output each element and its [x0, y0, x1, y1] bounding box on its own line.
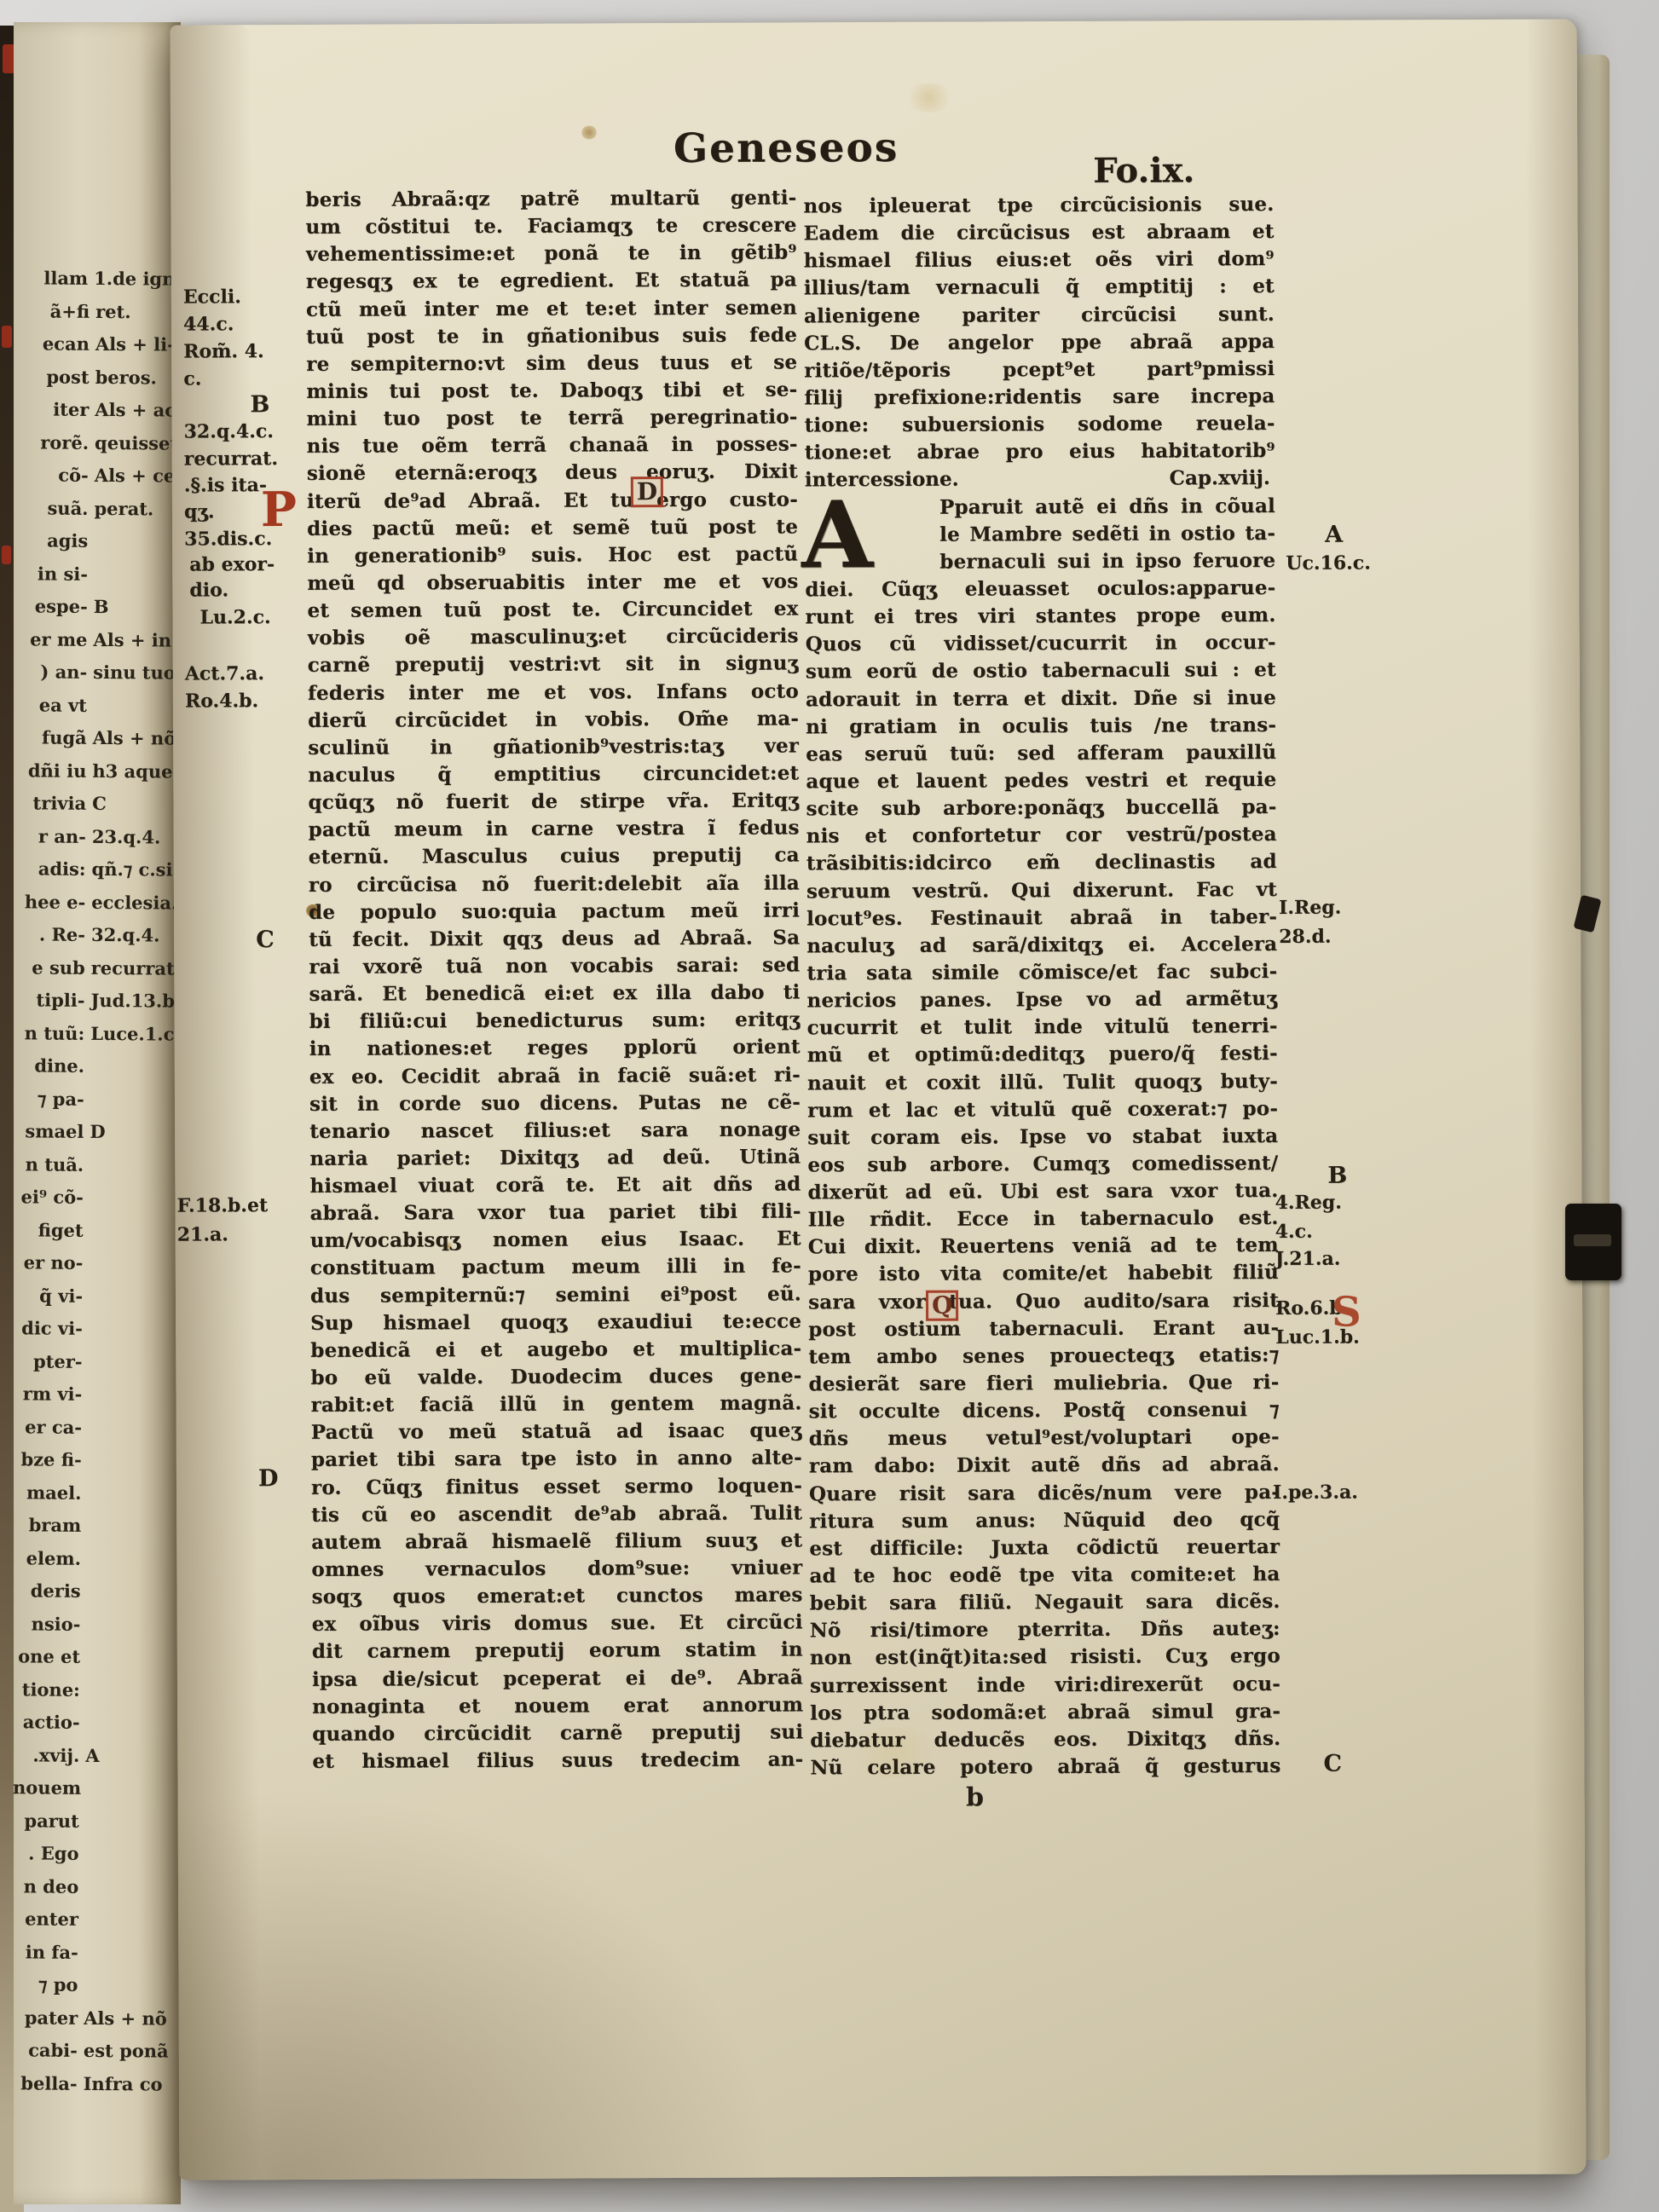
paper-stain — [904, 84, 955, 113]
fragment-text: ecan — [23, 332, 95, 355]
fragment-text: e sub — [19, 956, 91, 979]
text-line: quando circũcidit carnẽ preputij sui — [312, 1718, 803, 1748]
fragment-row: in fa- — [12, 1941, 176, 1975]
text-line: ritura sum anus: Nũquid deo qcq̃ — [809, 1506, 1280, 1536]
fragment-citation: Als + nõ — [84, 2007, 175, 2029]
fragment-text: mael. — [14, 1481, 87, 1504]
text-line: vobis oẽ masculinuʒ:et circũcideris — [308, 623, 799, 653]
margin-note: Uc.16.c. — [1286, 552, 1371, 574]
fragment-citation: sinu tuo — [93, 661, 184, 684]
fragment-citation: h3 aque. — [92, 759, 183, 782]
text-line: Quos cũ vidisset/cucurrit in occur- — [806, 629, 1276, 659]
text-line: re sempiterno:vt sim deus tuus et se — [306, 349, 797, 378]
text-line: in nationes:et reges pplorũ orient — [309, 1034, 801, 1064]
fragment-text: n deo — [12, 1875, 84, 1897]
chapter-opening: A Pparuit autẽ ei dñs in cõualle Mambre … — [805, 493, 1275, 577]
text-line: locut⁹es. Festinauit abraã in taber- — [806, 904, 1277, 933]
fragment-row: suã.perat. — [21, 497, 185, 531]
text-line: omnes vernaculos dom⁹sue: vniuer — [311, 1554, 802, 1584]
fragment-text: espe- — [21, 595, 94, 617]
fragment-row: postberos. — [22, 366, 186, 400]
previous-page-edge: llam1.de ignoã+firet.ecanAls + li-postbe… — [14, 22, 181, 2204]
fragment-citation: C — [92, 793, 183, 815]
text-line: benedicã ei et augebo et multiplica- — [310, 1335, 801, 1365]
text-line: ram dabo: Dixit autẽ dñs ad abraã. — [809, 1451, 1280, 1481]
drop-cap-lines: Pparuit autẽ ei dñs in cõualle Mambre se… — [805, 493, 1275, 577]
text-line: desierãt sare fieri muliebria. Que ri- — [808, 1369, 1279, 1399]
fragment-text: fugã — [20, 726, 93, 748]
fragment-row: ea vt — [20, 694, 184, 728]
text-line: surrexissent inde viri:direxerũt ocu- — [810, 1671, 1280, 1701]
text-line: los ptra sodomã:et abraã simul gra- — [810, 1698, 1280, 1728]
fragment-citation: 23.q.4. — [92, 825, 183, 847]
fragment-row: actio- — [13, 1711, 176, 1745]
right-margin-notes: AUc.16.c.I.Reg.28.d.B4.Reg.4.c.J.21.a.Ro… — [170, 19, 1576, 25]
margin-note: C — [256, 927, 275, 953]
fragment-citation — [90, 1187, 181, 1187]
text-line: tem ambo senes prouecteqʒ etatis:⁊ — [808, 1342, 1279, 1372]
text-line: ex eo. Cecidit abraã in faciẽ suã:et ri- — [309, 1061, 801, 1091]
margin-note: 28.d. — [1279, 926, 1331, 948]
fragment-text: ã+fi — [23, 300, 95, 322]
margin-note: 32.q.4.c. — [184, 420, 274, 442]
fragment-text: r an- — [20, 825, 92, 847]
text-line: sara vxor tua. Quo audito/sara risit — [808, 1287, 1279, 1317]
text-line: scite sub arbore:ponãqʒ buccellã pa- — [806, 794, 1276, 823]
text-line: Pactũ vo meũ statuã ad isaac queʒ — [311, 1418, 802, 1447]
text-line: Quare risit sara dicẽs/num vere pa- — [809, 1479, 1280, 1509]
fragment-citation — [85, 1843, 176, 1844]
fragment-row: er ca- — [15, 1416, 179, 1450]
fragment-text: ei⁹ cõ- — [17, 1186, 90, 1208]
text-line: runt ei tres viri stantes prope eum. — [805, 602, 1275, 632]
text-line: diebatur deducẽs eos. Dixitqʒ dñs. — [810, 1725, 1280, 1755]
fragment-citation — [87, 1613, 178, 1614]
margin-note: recurrat. — [184, 448, 278, 470]
fragment-text: nouem — [13, 1776, 85, 1799]
text-line: nauit et coxit illũ. Tulit quoqʒ buty- — [807, 1067, 1278, 1097]
fragment-text: er no- — [16, 1251, 89, 1273]
margin-note: Ro.4.b. — [185, 690, 258, 712]
margin-note: Lu.2.c. — [199, 606, 270, 628]
fragment-row: ) an-sinu tuo — [20, 661, 184, 695]
fragment-citation — [88, 1481, 179, 1482]
text-line: nis et confortetur cor vestrũ/postea — [806, 821, 1277, 851]
fragment-text: adis: — [20, 858, 92, 880]
fragment-text: tione: — [14, 1678, 86, 1701]
binding-clip — [1565, 1204, 1621, 1280]
drop-cap-initial: A — [801, 489, 873, 581]
fragment-row: pter- — [15, 1350, 179, 1384]
fragment-row: er meAls + in — [20, 628, 184, 662]
fragment-text: q̃ vi- — [16, 1285, 89, 1307]
text-line: nonaginta et nouem erat annorum — [312, 1691, 803, 1721]
fragment-row: adis:qñ.⁊ c.si — [19, 858, 182, 892]
margin-note: C — [1323, 1751, 1342, 1777]
fragment-citation — [87, 1580, 178, 1581]
text-line: bebit sara filiũ. Negauit sara dicẽs. — [810, 1588, 1280, 1618]
text-line: dus sempiternũ:⁊ semini ei⁹post eũ. — [310, 1280, 801, 1310]
text-line: dies pactũ meũ: et semẽ tuũ post te — [307, 513, 798, 543]
text-line: beris Abraã:qz patrẽ multarũ genti- — [305, 184, 796, 214]
running-title: Geneseos — [573, 124, 999, 172]
margin-note: B — [1327, 1163, 1347, 1189]
right-column-upper: nos ipleuerat tpe circũcisionis sue.Eade… — [803, 191, 1275, 467]
text-line: um cõstitui te. Faciamqʒ te crescere — [305, 212, 796, 242]
fragment-citation: qñ.⁊ c.si — [92, 858, 183, 881]
fragment-text: in fa- — [12, 1941, 84, 1963]
fragment-citation — [90, 1088, 182, 1089]
rubric-letter-p: P — [261, 482, 297, 538]
fragment-citation — [86, 1646, 177, 1647]
red-edge-mark — [2, 326, 12, 348]
text-line: federis inter me et vos. Infans octo — [308, 678, 799, 707]
fragment-row: n tuũ:Luce.1.c. — [18, 1022, 182, 1056]
margin-note: qʒ. — [184, 500, 215, 523]
text-line: pore isto vita comite/et habebit filiũ — [808, 1259, 1279, 1289]
fragment-citation — [84, 1875, 176, 1876]
fragment-row: hee e-ecclesia. — [19, 891, 182, 925]
page-curl-shadow — [178, 1786, 777, 2180]
margin-note: dio. — [189, 579, 228, 601]
fragment-citation — [88, 1416, 179, 1417]
text-line: dierũ circũcidet in vobis. Om̃e ma- — [308, 705, 799, 735]
fragment-citation: B — [94, 596, 185, 618]
fragment-text: parut — [13, 1810, 85, 1832]
fragment-citation — [84, 1909, 176, 1909]
text-line: Sup hismael quoqʒ exaudiui te:ecce — [310, 1308, 801, 1337]
right-text-column: nos ipleuerat tpe circũcisionis sue.Eade… — [803, 191, 1280, 1782]
text-line: qcũqʒ nõ fuerit de stirpe vr̃a. Eritqʒ — [308, 787, 799, 817]
fragment-row: . Re-32.q.4. — [19, 923, 182, 957]
margin-note: Eccli. — [183, 286, 241, 308]
text-line: constituam pactum meum illi in fe- — [310, 1253, 801, 1283]
text-line: eos sub arbore. Cumqʒ comedissent/ — [807, 1150, 1278, 1180]
fragment-row: tipli-Jud.13.b — [18, 989, 182, 1023]
fragment-citation — [87, 1547, 178, 1548]
text-line: iterũ de⁹ad Abraã. Et tu ergo custo- — [307, 486, 798, 516]
fragment-row: in si- — [21, 563, 185, 597]
text-line: suit coram eis. Ipse vo stabat iuxta — [807, 1123, 1278, 1152]
fragment-row: e subrecurrat. — [19, 956, 182, 990]
margin-note: .§.is ita- — [184, 474, 267, 496]
left-text-column: beris Abraã:qz patrẽ multarũ genti-um cõ… — [305, 184, 803, 1776]
text-line: bi filiũ:cui benedicturus sum: eritqʒ — [309, 1007, 801, 1037]
fragment-text: post — [23, 366, 95, 388]
text-line: de populo suo:quia pactum meũ irri — [309, 897, 800, 927]
text-line: ad te hoc eodẽ tpe vita comite:et ha — [809, 1561, 1280, 1591]
fragment-text: agis — [21, 529, 94, 552]
fragment-text: cabi- — [11, 2039, 84, 2061]
fragment-row: mael. — [14, 1481, 178, 1516]
text-line: Ille rñdit. Ecce in tabernaculo est. — [808, 1204, 1279, 1234]
text-line: ipsa die/sicut pceperat ei de⁹. Abraã — [312, 1664, 803, 1694]
fragment-row: triviaC — [20, 792, 183, 826]
fragment-row: espe-B — [21, 595, 185, 629]
fragment-row: smaelD — [17, 1120, 181, 1154]
fragment-citation: Luce.1.c. — [90, 1022, 182, 1044]
fragment-citation — [88, 1449, 179, 1450]
fragment-citation — [89, 1252, 180, 1253]
fragment-citation — [86, 1678, 177, 1679]
margin-note: D — [258, 1465, 279, 1492]
text-line: trãsibitis:idcirco em̃ declinastis ad — [806, 848, 1277, 878]
binding-clip-slot — [1574, 1234, 1611, 1246]
fragment-row: . Ego — [12, 1842, 176, 1876]
text-line: tione: subuersionis sodome reuela- — [804, 410, 1275, 440]
fragment-citation — [85, 1810, 176, 1811]
fragment-citation — [93, 694, 184, 695]
fragment-text: ⁊ pa- — [18, 1088, 90, 1110]
fragment-text: iter — [22, 398, 95, 420]
margin-note: 21.a. — [177, 1223, 228, 1245]
text-line: alienigene pariter circũcisi sunt. — [804, 301, 1275, 331]
fragment-text: deris — [14, 1580, 87, 1602]
fragment-row: one et — [14, 1645, 177, 1679]
text-line: tenario nascet filius:et sara nonage — [309, 1116, 801, 1146]
fragment-text: ea vt — [20, 694, 93, 716]
fragment-citation: A — [85, 1744, 176, 1766]
fragment-row: .xvij.A — [13, 1744, 176, 1778]
fragment-text: er me — [20, 628, 93, 650]
text-line: dixerũt ad eũ. Ubi est sara vxor tua. — [807, 1177, 1278, 1207]
text-line: Cui dixit. Reuertens veniã ad te tem — [808, 1232, 1279, 1262]
text-line: ni gratiam in oculis tuis /ne trans- — [806, 712, 1276, 742]
fragment-citation — [87, 1515, 178, 1516]
fragment-row: fugãAls + nõ — [20, 726, 183, 760]
fragment-row: r an-23.q.4. — [20, 825, 183, 859]
text-line: naculuʒ ad sarã/dixitqʒ ei. Accelera — [806, 931, 1277, 961]
fragment-text: trivia — [20, 792, 92, 814]
text-line: sculinũ in gñationib⁹vestris:taʒ ver — [308, 732, 799, 762]
fragment-text: tipli- — [18, 989, 90, 1011]
chapter-heading-row: intercessione. Cap.xviij. — [805, 465, 1275, 494]
book-page: Geneseos Fo.ix. beris Abraã:qz patrẽ mul… — [170, 19, 1586, 2180]
fragment-citation — [85, 1777, 176, 1778]
text-line: tũ fecit. Dixit qqʒ deus ad Abraã. Sa — [309, 924, 800, 954]
text-line: pariet tibi sara tpe isto in anno alte- — [311, 1445, 802, 1475]
text-line: rum et lac et vitulũ quẽ coxerat:⁊ po- — [807, 1095, 1278, 1125]
rubric-boxed-initial-q: Q — [926, 1291, 959, 1321]
margin-note: Act.7.a. — [185, 662, 264, 684]
margin-note: ab exor- — [189, 553, 275, 575]
text-line: ex oĩbus viris domus sue. Et circũci — [312, 1609, 803, 1639]
fragment-text: pater — [11, 2007, 84, 2029]
text-line: nericios panes. Ipse vo ad armẽtuʒ — [806, 985, 1277, 1015]
fragment-text: hee e- — [19, 891, 91, 913]
text-line: autem abraã hismaelẽ filium suuʒ et — [311, 1527, 802, 1556]
text-line: Nõ risi/timore pterrita. Dñs auteʒ: — [810, 1615, 1280, 1645]
text-line: Pparuit autẽ ei dñs in cõual — [805, 493, 1275, 523]
margin-note: 35.dis.c. — [184, 528, 272, 550]
text-line: hismael viuat corã te. Et ait dñs ad — [309, 1170, 801, 1200]
fragment-text: dic vi- — [16, 1317, 89, 1339]
fragment-row: cõ-Als + ce- — [22, 464, 186, 498]
fragment-citation — [84, 1941, 176, 1942]
text-line: nos ipleuerat tpe circũcisionis sue. — [803, 191, 1274, 221]
fragment-text: n tuũ: — [18, 1022, 90, 1044]
text-line: et hismael filius suus tredecim an- — [312, 1746, 803, 1776]
text-line: hismael filius eius:et oẽs viri dom⁹ — [804, 245, 1275, 275]
fragment-citation: Jud.13.b — [90, 990, 182, 1012]
fragment-citation: D — [90, 1121, 181, 1143]
fragment-text: bze fi- — [15, 1448, 88, 1470]
rubric-boxed-initial-d: D — [631, 476, 663, 507]
margin-note: F.18.b.et — [176, 1194, 268, 1216]
fragment-row: er no- — [16, 1251, 180, 1285]
text-line: naria pariet: Dixitqʒ ad deũ. Utinã — [309, 1143, 801, 1173]
text-line: rai vxorẽ tuã non vocabis sarai: sed — [309, 951, 800, 981]
fragment-row: dine. — [18, 1054, 182, 1089]
fragment-text: n tuã. — [17, 1153, 90, 1175]
text-line: um/vocabisqʒ nomen eius Isaac. Et — [310, 1226, 801, 1256]
previous-page-fragments: llam1.de ignoã+firet.ecanAls + li-postbe… — [10, 267, 187, 2105]
text-line: CL.S. De angelor ppe abraã appa — [804, 328, 1275, 358]
fragment-citation — [86, 1712, 177, 1712]
text-line: nis tue oẽm terrã chanaã in posses- — [307, 431, 798, 461]
fragment-row: dñi iuh3 aque. — [20, 759, 183, 794]
text-line: carnẽ preputij vestri:vt sit in signuʒ — [308, 650, 799, 680]
text-line: adorauit in terra et dixit. Dñe si inue — [806, 684, 1276, 713]
fragment-citation: Infra co — [84, 2072, 175, 2094]
text-line: tione:et abrae pro eius habitatorib⁹ — [805, 437, 1275, 467]
fragment-text: ) an- — [20, 661, 93, 683]
text-line: regesqʒ ex te egredient. Et statuã pa — [306, 267, 797, 297]
fragment-row: bze fi- — [15, 1448, 179, 1482]
fragment-text: suã. — [21, 497, 94, 519]
fragment-text: . Re- — [19, 923, 91, 945]
margin-note: J.21.a. — [1275, 1248, 1341, 1270]
fragment-text: llam — [23, 267, 94, 289]
fragment-text: dine. — [18, 1054, 90, 1077]
fragment-row: rorẽ.qeuisset. — [22, 431, 186, 465]
text-line: filij prefixione:ridentis sare increpa — [804, 383, 1275, 413]
fragment-row: bella-Infra co — [10, 2072, 174, 2106]
fragment-row: figet — [16, 1219, 180, 1253]
margin-note: I.pe.3.a. — [1273, 1481, 1358, 1504]
fragment-row: n deo — [12, 1875, 176, 1909]
text-line: mũ et optimũ:deditqʒ puero/q̃ festi- — [807, 1040, 1278, 1070]
text-line: sionẽ eternã:eroqʒ deus eoruʒ. Dixit — [307, 459, 798, 488]
fragment-citation: 32.q.4. — [91, 924, 182, 946]
text-line: sum eorũ de ostio tabernaculi sui : et — [806, 656, 1276, 686]
fragment-row: nsio- — [14, 1613, 177, 1647]
fragment-row: parut — [13, 1810, 176, 1844]
signature-mark: b — [928, 1782, 1021, 1812]
fragment-text: cõ- — [22, 464, 95, 486]
folio-number: Fo.ix. — [1093, 150, 1194, 191]
text-line: pactũ meum in carne vestra ĩ fedus — [309, 815, 800, 845]
margin-note: 4.c. — [1275, 1221, 1313, 1243]
text-line: dit carnem preputij eorum statim in — [312, 1637, 803, 1666]
fragment-citation: ecclesia. — [91, 891, 182, 913]
text-line: naculus q̃ emptitius circuncidet:et — [308, 759, 799, 789]
fragment-row: ⁊ po — [11, 1973, 175, 2007]
fragment-text: bella- — [11, 2072, 84, 2094]
fragment-text: rorẽ. — [22, 431, 95, 453]
text-line: ritiõe/tẽporis pcept⁹et part⁹pmissi — [804, 355, 1275, 385]
fragment-citation — [94, 563, 185, 563]
text-line: ro. Cũqʒ finitus esset sermo loquen- — [311, 1472, 802, 1502]
fragment-citation: recurrat. — [91, 956, 182, 979]
fragment-row: paterAls + nõ — [11, 2007, 175, 2041]
fragment-text: er ca- — [15, 1416, 88, 1438]
fragment-citation — [84, 1974, 176, 1975]
fragment-row: rm vi- — [15, 1383, 179, 1417]
fragment-text: figet — [17, 1219, 90, 1241]
text-line: ctũ meũ inter me et te:et inter semen — [306, 294, 797, 324]
rubric-letter-s: S — [1332, 1289, 1361, 1337]
text-line: bo eũ valde. Duodecim duces gene- — [310, 1362, 801, 1392]
margin-note: A — [1325, 522, 1343, 548]
text-line: sit in corde suo dicens. Putas ne cẽ- — [309, 1089, 801, 1118]
red-edge-mark — [2, 546, 11, 564]
margin-note: I.Reg. — [1279, 897, 1341, 919]
fragment-row: enter — [12, 1908, 176, 1942]
text-line: et semen tuũ post te. Circuncidet ex — [307, 596, 798, 626]
text-line: ro circũcisa nõ fuerit:delebit aĩa illa — [309, 869, 800, 899]
fragment-row: n tuã. — [17, 1153, 181, 1187]
margin-note: B — [250, 391, 269, 418]
fragment-text: actio- — [14, 1711, 86, 1733]
text-line: post ostium tabernaculi. Erant au- — [808, 1314, 1279, 1344]
fragment-citation: Als + in — [93, 628, 184, 650]
margin-note: c. — [183, 367, 201, 390]
fragment-citation — [89, 1318, 180, 1319]
fragment-row: dic vi- — [16, 1317, 180, 1351]
text-line: tria sata simile cõmisce/et fac subci- — [806, 958, 1277, 988]
text-line: sarã. Et benedicã ei:et ex illa dabo ti — [309, 979, 800, 1008]
text-line: rabit:et faciã illũ in gentem magnã. — [310, 1390, 801, 1420]
margin-note: Rom̃. 4. — [183, 340, 264, 362]
fragment-citation: Als + nõ — [93, 727, 184, 749]
text-line: eternũ. Masculus cuius preputij ca — [309, 842, 800, 872]
fragment-text: dñi iu — [20, 759, 92, 782]
fragment-citation — [89, 1350, 180, 1351]
text-line: tis cũ eo ascendit de⁹ab abraã. Tulit — [311, 1499, 802, 1529]
text-line: illius/tam vernaculi q̃ emptitij : et — [804, 273, 1275, 303]
fragment-text: elem. — [14, 1547, 87, 1569]
text-line: meũ qd obseruabitis inter me et vos — [307, 568, 798, 598]
fragment-row: deris — [14, 1580, 178, 1614]
text-line: abraã. Sara vxor tua pariet tibi fili- — [310, 1198, 801, 1228]
fragment-row: ei⁹ cõ- — [17, 1186, 181, 1220]
text-line: mini tuo post te terrã peregrinatio- — [306, 404, 797, 434]
text-line: non est(inq̃t)ita:sed risisti. Cuʒ ergo — [810, 1643, 1280, 1672]
fragment-citation — [89, 1285, 180, 1285]
fragment-text: bram — [14, 1514, 87, 1536]
text-line: dñs meus vetul⁹est/voluptari ope- — [809, 1424, 1280, 1453]
fragment-text: one et — [14, 1645, 86, 1667]
fragment-row: ⁊ pa- — [18, 1088, 182, 1122]
chapter-number-label: Cap.xviij. — [1170, 465, 1270, 493]
fragment-text: in si- — [21, 563, 94, 585]
fragment-row: nouem — [13, 1776, 176, 1811]
fragment-citation — [88, 1383, 179, 1384]
text-line: Nũ celare potero abraã q̃ gesturus — [810, 1753, 1280, 1782]
text-line: cucurrit et tulit inde vitulũ tenerri- — [807, 1013, 1278, 1042]
fragment-text: rm vi- — [15, 1383, 88, 1405]
fragment-citation: est ponã — [84, 2040, 175, 2062]
fragment-text: ⁊ po — [11, 1973, 84, 1995]
text-line: le Mambre sedẽti in ostio ta- — [805, 520, 1275, 550]
text-line: in generationib⁹ suis. Hoc est pactũ — [307, 540, 798, 570]
fragment-row: llam1.de igno — [23, 267, 187, 301]
fragment-row: ecanAls + li- — [23, 332, 187, 367]
text-line: eas seruũ tuũ: sed afferam pauxillũ — [806, 739, 1276, 769]
margin-note: 4.Reg. — [1275, 1192, 1341, 1214]
text-line: sit occulte dicens. Postq̃ consenui ⁊ — [809, 1396, 1280, 1426]
